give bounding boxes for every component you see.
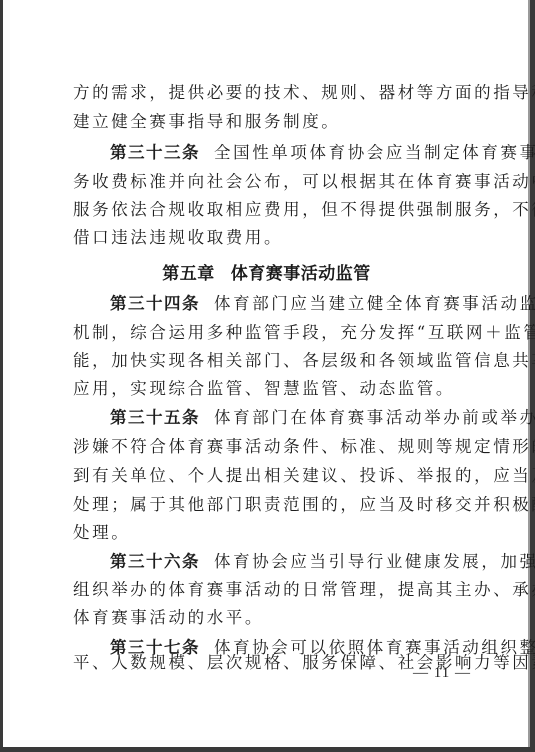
document-page: 方的需求，提供必要的技术、规则、器材等方面的指导和服务， 建立健全赛事指导和服务… [3,0,530,747]
text-line: 到有关单位、个人提出相关建议、投诉、举报的，应当及时予以 [73,465,467,487]
text-line: 涉嫌不符合体育赛事活动条件、标准、规则等规定情形的，或收 [73,436,467,458]
article-number: 第三十五条 [110,408,200,427]
article-text: 体育部门在体育赛事活动举办前或举办中发现 [214,408,535,427]
text-line: 务收费标准并向社会公布，可以根据其在体育赛事活动中提供的 [73,171,467,193]
article-text: 全国性单项体育协会应当制定体育赛事活动服 [214,143,535,162]
article-number: 第三十四条 [110,294,200,313]
chapter-title: 体育赛事活动监管 [231,264,371,284]
text-line: 处理。 [73,522,467,544]
text-line: 借口违法违规收取费用。 [73,227,467,249]
text-line: 组织举办的体育赛事活动的日常管理，提高其主办、承办、协办 [73,579,467,601]
article-33-first-line: 第三十三条全国性单项体育协会应当制定体育赛事活动服 [110,142,467,164]
page-number: — 11 — [397,665,487,682]
text-line: 体育赛事活动的水平。 [73,607,467,629]
article-35-first-line: 第三十五条体育部门在体育赛事活动举办前或举办中发现 [110,407,467,429]
text-line: 方的需求，提供必要的技术、规则、器材等方面的指导和服务， [73,82,467,104]
chapter-heading: 第五章体育赛事活动监管 [3,259,530,284]
text-line: 处理；属于其他部门职责范围的，应当及时移交并积极配合协助 [73,494,467,516]
chapter-number: 第五章 [162,264,215,284]
article-number: 第三十六条 [110,552,200,571]
text-line: 建立健全赛事指导和服务制度。 [73,111,467,133]
article-36-first-line: 第三十六条体育协会应当引导行业健康发展，加强对会员 [110,551,467,573]
text-line: 应用，实现综合监管、智慧监管、动态监管。 [73,378,467,400]
text-line: 能，加快实现各相关部门、各层级和各领域监管信息共享和统一 [73,350,467,372]
article-34-first-line: 第三十四条体育部门应当建立健全体育赛事活动监管工作 [110,293,467,315]
text-line: 服务依法合规收取相应费用，但不得提供强制服务，不得以任何 [73,199,467,221]
article-number: 第三十三条 [110,143,200,162]
text-line: 机制，综合运用多种监管手段，充分发挥“互联网＋监管”的功 [73,322,467,344]
article-text: 体育部门应当建立健全体育赛事活动监管工作 [214,294,535,313]
article-text: 体育协会应当引导行业健康发展，加强对会员 [214,552,535,571]
